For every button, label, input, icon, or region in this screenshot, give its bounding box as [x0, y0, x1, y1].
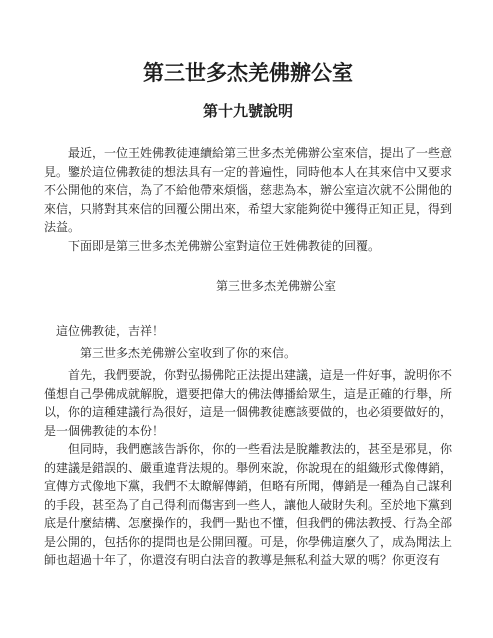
letter-paragraph-2: 首先，我們要說，你對弘揚佛陀正法提出建議，這是一件好事，說明你不僅想自己學佛成就…	[44, 366, 452, 440]
document-page: 第三世多杰羌佛辦公室 第十九號說明 最近，一位王姓佛教徒連續給第三世多杰羌佛辦公…	[0, 0, 493, 638]
page-title: 第三世多杰羌佛辦公室	[44, 58, 452, 88]
intro-paragraph-2: 下面即是第三世多杰羌佛辦公室對這位王姓佛教徒的回覆。	[44, 237, 452, 256]
office-name-line: 第三世多杰羌佛辦公室	[72, 277, 480, 296]
intro-paragraph-1: 最近，一位王姓佛教徒連續給第三世多杰羌佛辦公室來信，提出了一些意見。鑒於這位佛教…	[44, 144, 452, 237]
letter-paragraph-1: 第三世多杰羌佛辦公室收到了你的來信。	[44, 344, 452, 363]
page-subtitle: 第十九號說明	[44, 102, 452, 122]
document-body: 最近，一位王姓佛教徒連續給第三世多杰羌佛辦公室來信，提出了一些意見。鑒於這位佛教…	[44, 144, 452, 570]
letter-greeting: 這位佛教徒，吉祥！	[44, 322, 452, 341]
document-content: 第三世多杰羌佛辦公室 第十九號說明 最近，一位王姓佛教徒連續給第三世多杰羌佛辦公…	[0, 0, 493, 570]
letter-paragraph-3: 但同時，我們應該告訴你，你的一些看法是脫離教法的，甚至是邪見，你的建議是錯誤的、…	[44, 440, 452, 570]
